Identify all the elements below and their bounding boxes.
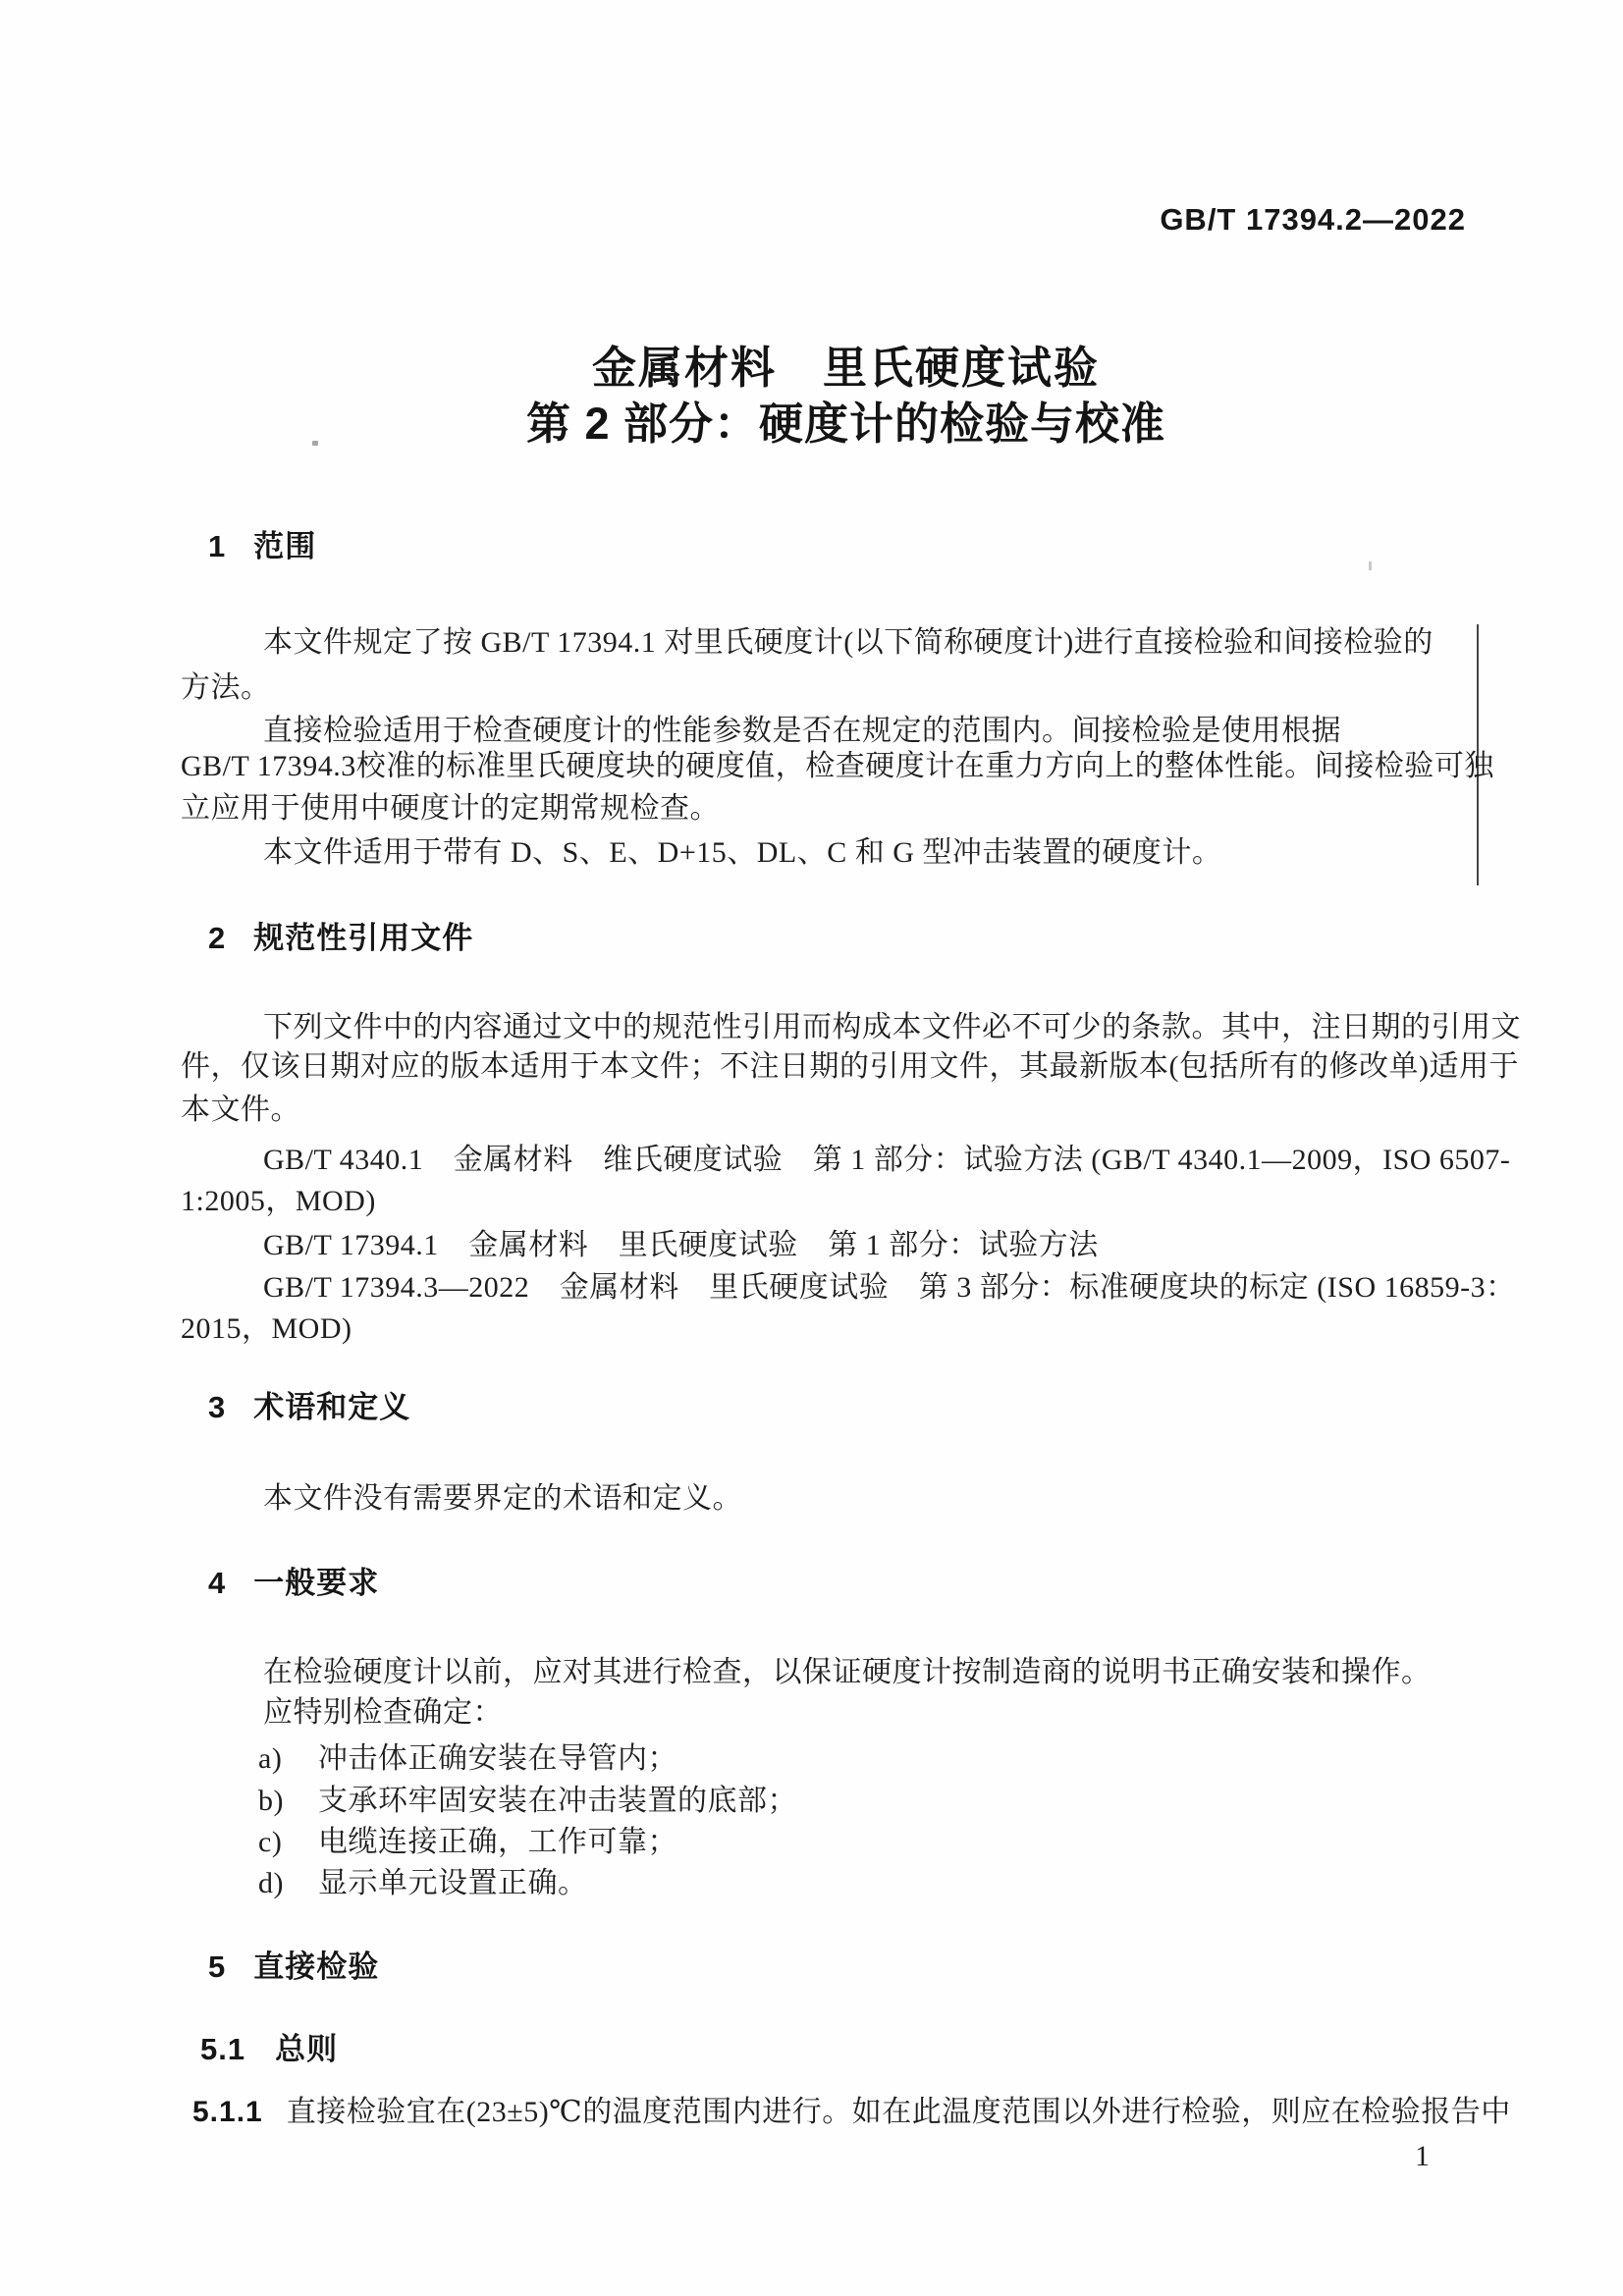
list-item: c)电缆连接正确，工作可靠； (258, 1826, 677, 1858)
list-item-text: 电缆连接正确，工作可靠； (318, 1826, 677, 1858)
list-item-label: d) (258, 1867, 318, 1899)
body-line: 本文件没有需要界定的术语和定义。 (263, 1482, 742, 1515)
reference-line: GB/T 4340.1 金属材料 维氏硬度试验 第 1 部分：试验方法 (GB/… (263, 1144, 1510, 1176)
body-line: 本文件规定了按 GB/T 17394.1 对里氏硬度计(以下简称硬度计)进行直接… (263, 626, 1434, 659)
section-heading-5: 5直接检验 (208, 1951, 379, 1984)
body-line: 件，仅该日期对应的版本适用于本文件；不注日期的引用文件，其最新版本(包括所有的修… (181, 1050, 1519, 1083)
section-number: 2 (208, 923, 226, 955)
scan-speck (312, 441, 318, 446)
list-item-label: c) (258, 1826, 318, 1858)
reference-line: 2015，MOD) (181, 1312, 352, 1345)
section-number: 3 (208, 1392, 226, 1424)
body-line: 下列文件中的内容通过文中的规范性引用而构成本文件必不可少的条款。其中，注日期的引… (263, 1011, 1521, 1043)
section-title: 规范性引用文件 (253, 921, 473, 955)
doc-title-line2: 第 2 部分：硬度计的检验与校准 (200, 401, 1491, 446)
reference-line: 1:2005，MOD) (181, 1185, 376, 1217)
body-line: GB/T 17394.3校准的标准里氏硬度块的硬度值，检查硬度计在重力方向上的整… (181, 750, 1494, 782)
list-item-text: 冲击体正确安装在导管内； (318, 1742, 677, 1775)
section-title: 范围 (253, 529, 316, 563)
subsection-number: 5.1 (200, 2034, 245, 2066)
section-heading-2: 2规范性引用文件 (208, 923, 473, 955)
clause-number: 5.1.1 (192, 2096, 263, 2128)
clause-text: 直接检验宜在(23±5)℃的温度范围内进行。如在此温度范围以外进行检验，则应在检… (287, 2096, 1511, 2128)
page-number: 1 (1415, 2140, 1430, 2173)
subsection-heading-5-1: 5.1总则 (200, 2034, 338, 2066)
list-item: d)显示单元设置正确。 (258, 1867, 588, 1899)
body-line: 应特别检查确定： (263, 1696, 503, 1729)
section-title: 一般要求 (253, 1566, 379, 1600)
list-item-text: 显示单元设置正确。 (318, 1867, 588, 1899)
section-heading-1: 1范围 (208, 531, 316, 563)
list-item-text: 支承环牢固安装在冲击装置的底部； (318, 1785, 797, 1817)
section-heading-4: 4一般要求 (208, 1568, 379, 1600)
scan-speck (1369, 561, 1372, 570)
section-heading-3: 3术语和定义 (208, 1392, 410, 1424)
body-line: 直接检验适用于检查硬度计的性能参数是否在规定的范围内。间接检验是使用根据 (263, 715, 1341, 747)
reference-line: GB/T 17394.3—2022 金属材料 里氏硬度试验 第 3 部分：标准硬… (263, 1271, 1516, 1304)
body-line: 本文件适用于带有 D、S、E、D+15、DL、C 和 G 型冲击装置的硬度计。 (263, 836, 1221, 869)
list-item-label: a) (258, 1742, 318, 1775)
section-title: 术语和定义 (253, 1390, 410, 1424)
clause-line: 5.1.1直接检验宜在(23±5)℃的温度范围内进行。如在此温度范围以外进行检验… (192, 2096, 1511, 2128)
body-line: 本文件。 (181, 1094, 300, 1126)
list-item: a)冲击体正确安装在导管内； (258, 1742, 677, 1775)
section-number: 5 (208, 1951, 226, 1984)
document-page: GB/T 17394.2—2022 金属材料 里氏硬度试验 第 2 部分：硬度计… (0, 0, 1623, 2296)
body-line: 方法。 (181, 671, 271, 704)
doc-title-line1: 金属材料 里氏硬度试验 (200, 346, 1491, 390)
body-line: 立应用于使用中硬度计的定期常规检查。 (181, 792, 720, 825)
list-item: b)支承环牢固安装在冲击装置的底部； (258, 1785, 797, 1817)
section-number: 1 (208, 531, 226, 563)
section-number: 4 (208, 1568, 226, 1600)
subsection-title: 总则 (275, 2032, 338, 2066)
doc-code: GB/T 17394.2—2022 (1160, 202, 1466, 238)
reference-line: GB/T 17394.1 金属材料 里氏硬度试验 第 1 部分：试验方法 (263, 1229, 1099, 1261)
section-title: 直接检验 (253, 1949, 379, 1984)
body-line: 在检验硬度计以前，应对其进行检查，以保证硬度计按制造商的说明书正确安装和操作。 (263, 1656, 1432, 1688)
list-item-label: b) (258, 1785, 318, 1817)
